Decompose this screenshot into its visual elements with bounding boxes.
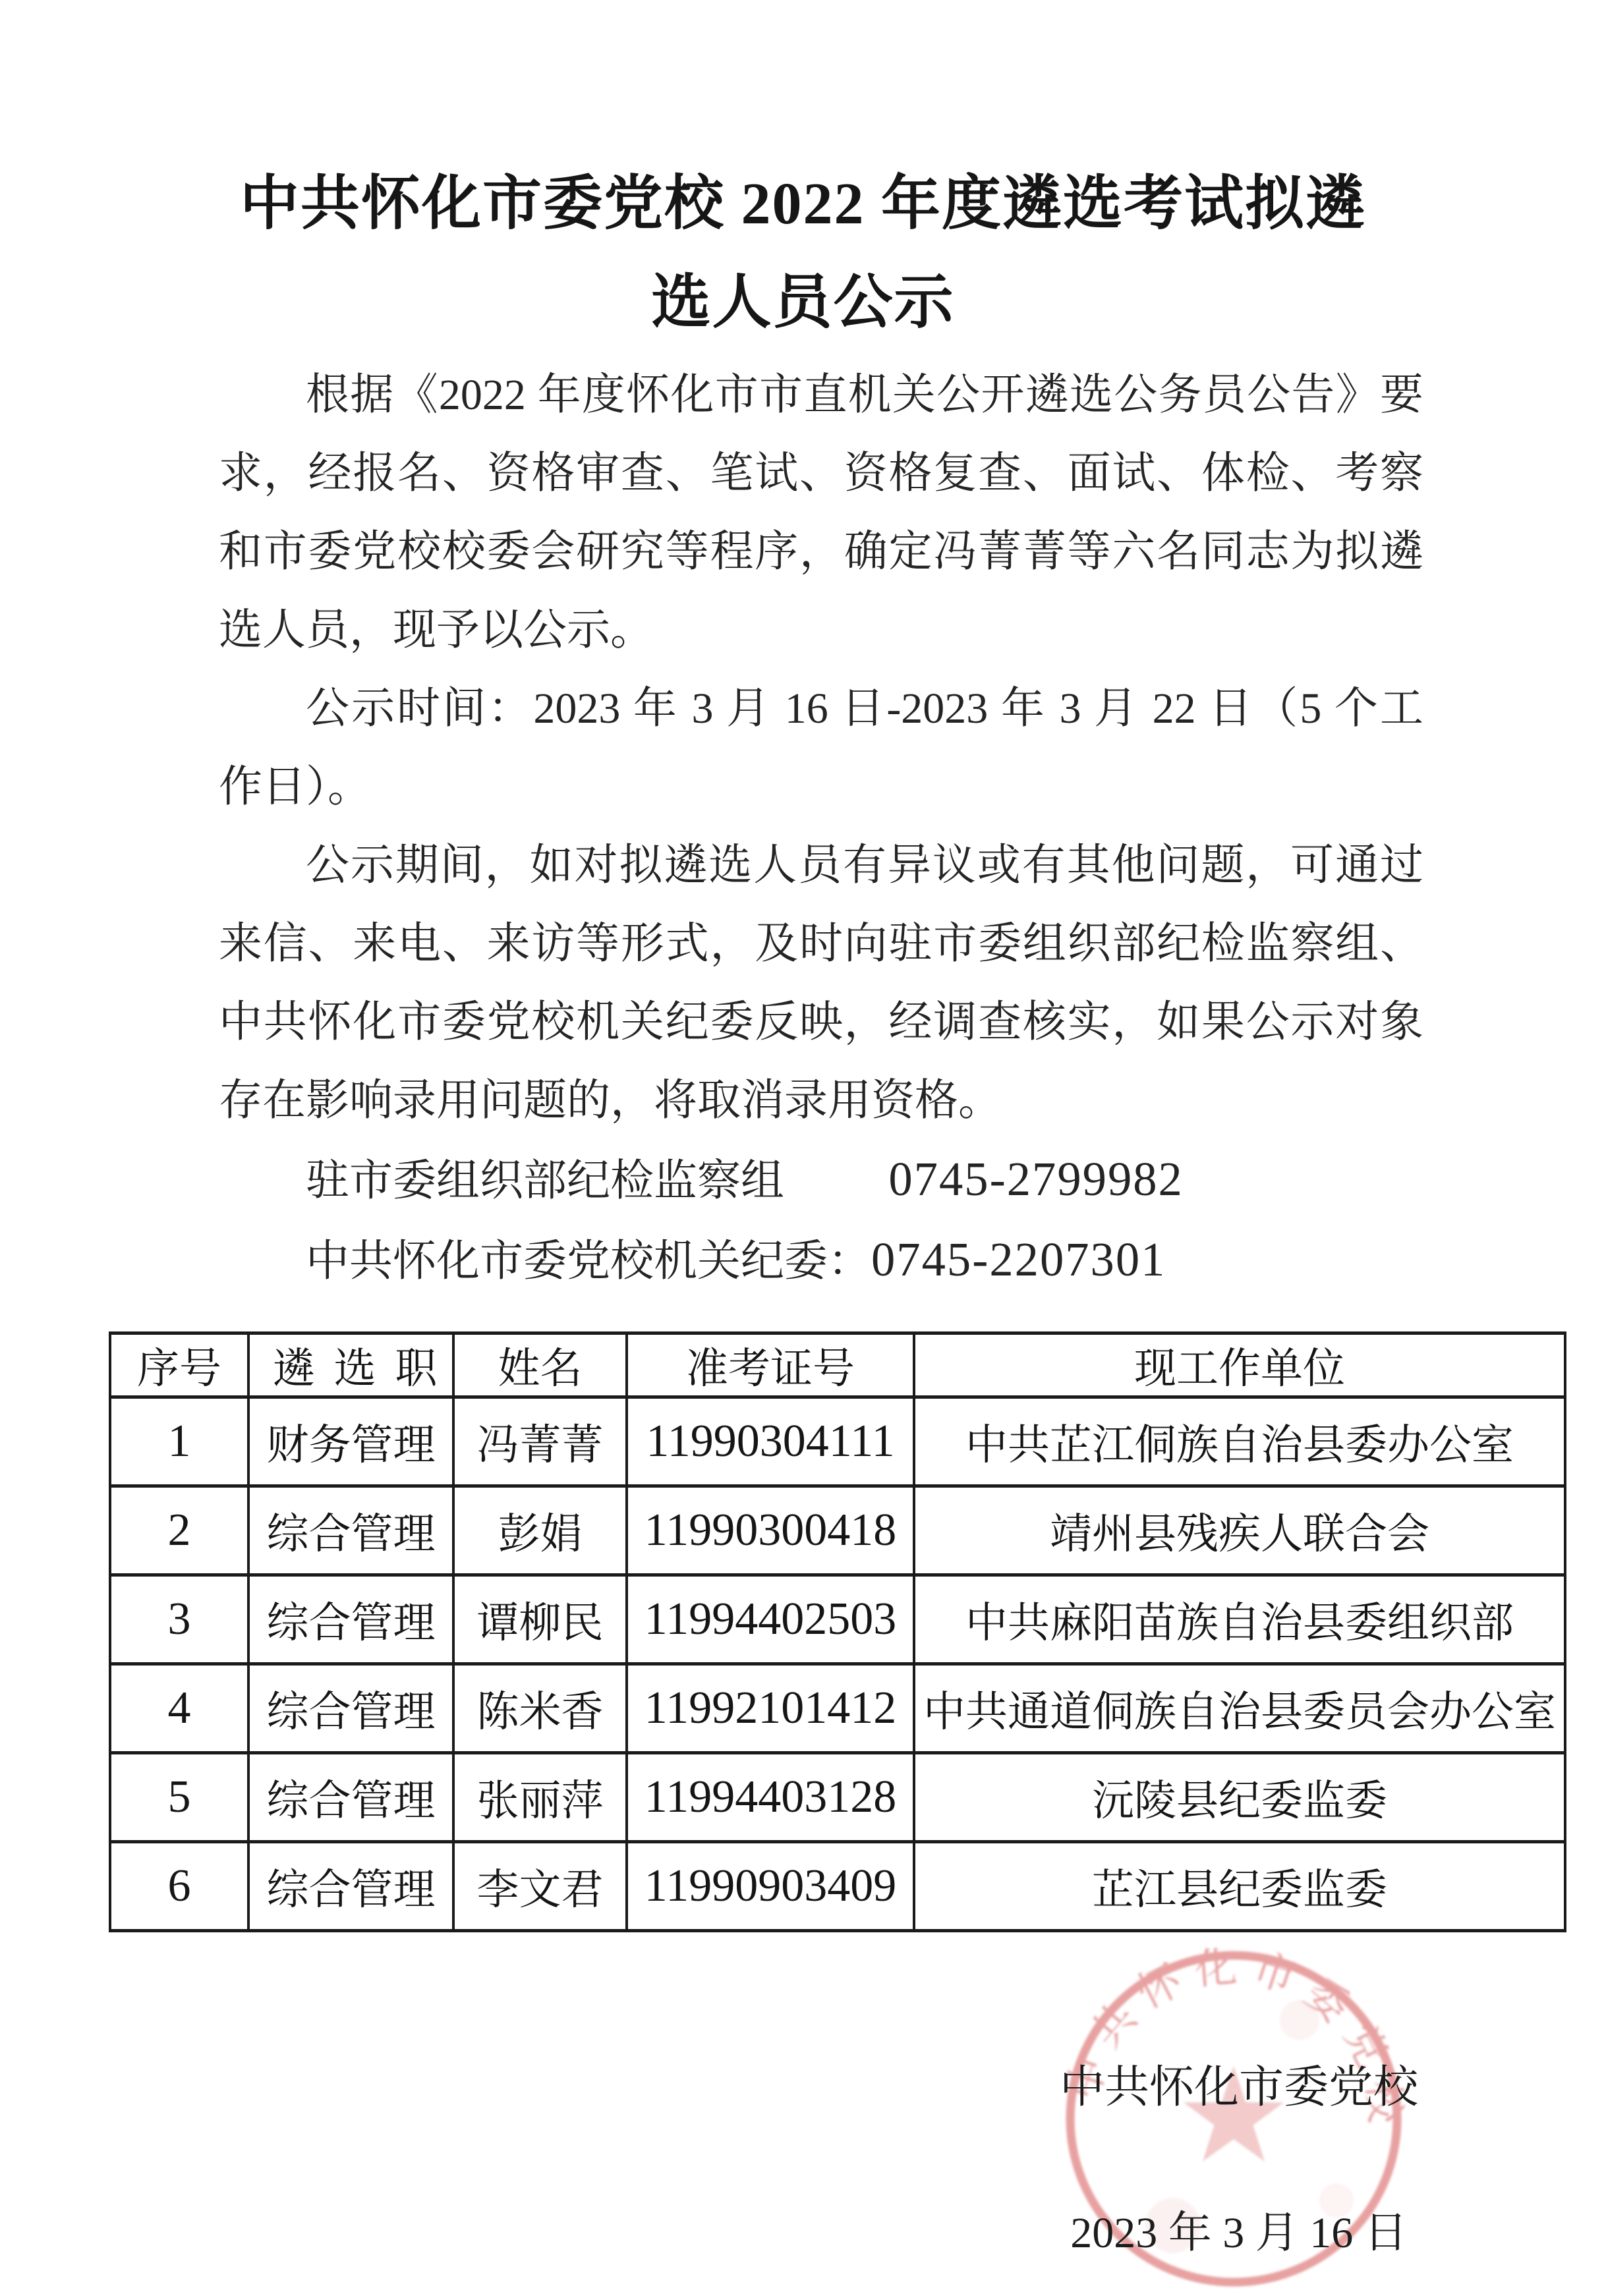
cell-index: 2 bbox=[110, 1486, 248, 1575]
title-line-2: 选人员公示 bbox=[0, 254, 1606, 352]
cell-work-unit: 沅陵县纪委监委 bbox=[914, 1753, 1565, 1842]
contact-label: 中共怀化市委党校机关纪委： bbox=[306, 1237, 871, 1285]
document-page: 中共怀化市委党校 2022 年度遴选考试拟遴 选人员公示 根据《2022 年度怀… bbox=[0, 0, 1606, 2296]
title-line-1: 中共怀化市委党校 2022 年度遴选考试拟遴 bbox=[0, 155, 1606, 254]
body-line: 公示期间，如对拟遴选人员有异议或有其他问题，可通过 bbox=[219, 826, 1423, 905]
body-line: 求，经报名、资格审查、笔试、资格复查、面试、体检、考察 bbox=[219, 434, 1423, 513]
cell-name: 张丽萍 bbox=[453, 1753, 627, 1842]
cell-ticket-number: 11990903409 bbox=[627, 1842, 914, 1931]
table-row: 3 综合管理 谭柳民 11994402503 中共麻阳苗族自治县委组织部 bbox=[110, 1575, 1565, 1664]
document-body: 根据《2022 年度怀化市市直机关公开遴选公务员公告》要 求，经报名、资格审查、… bbox=[219, 356, 1423, 1301]
cell-ticket-number: 11994402503 bbox=[627, 1575, 914, 1664]
body-line: 来信、来电、来访等形式，及时向驻市委组织部纪检监察组、 bbox=[219, 905, 1423, 983]
body-line: 选人员，现予以公示。 bbox=[219, 591, 1423, 669]
contact-phone: 0745-2799982 bbox=[888, 1152, 1183, 1206]
contact-line-discipline-group: 驻市委组织部纪检监察组0745-2799982 bbox=[219, 1140, 1423, 1220]
cell-index: 6 bbox=[110, 1842, 248, 1931]
cell-name: 陈米香 bbox=[453, 1664, 627, 1753]
cell-position: 综合管理 bbox=[248, 1486, 453, 1575]
table-header-cell: 现工作单位 bbox=[914, 1333, 1565, 1397]
body-line: 中共怀化市委党校机关纪委反映，经调查核实，如果公示对象 bbox=[219, 983, 1423, 1061]
body-line: 作日）。 bbox=[219, 748, 1423, 826]
cell-index: 1 bbox=[110, 1397, 248, 1486]
cell-work-unit: 芷江县纪委监委 bbox=[914, 1842, 1565, 1931]
body-line: 公示时间：2023 年 3 月 16 日-2023 年 3 月 22 日（5 个… bbox=[219, 669, 1423, 748]
cell-work-unit: 靖州县残疾人联合会 bbox=[914, 1486, 1565, 1575]
cell-position: 财务管理 bbox=[248, 1397, 453, 1486]
table-row: 6 综合管理 李文君 11990903409 芷江县纪委监委 bbox=[110, 1842, 1565, 1931]
table-body: 1 财务管理 冯菁菁 11990304111 中共芷江侗族自治县委办公室 2 综… bbox=[110, 1397, 1565, 1931]
table-header-cell: 准考证号 bbox=[627, 1333, 914, 1397]
cell-work-unit: 中共通道侗族自治县委员会办公室 bbox=[914, 1664, 1565, 1753]
cell-work-unit: 中共麻阳苗族自治县委组织部 bbox=[914, 1575, 1565, 1664]
footer-signer: 中共怀化市委党校 bbox=[936, 2061, 1542, 2114]
cell-position: 综合管理 bbox=[248, 1753, 453, 1842]
cell-name: 谭柳民 bbox=[453, 1575, 627, 1664]
cell-position: 综合管理 bbox=[248, 1664, 453, 1753]
contact-phone: 0745-2207301 bbox=[871, 1233, 1166, 1286]
table-header-cell: 姓名 bbox=[453, 1333, 627, 1397]
table-row: 1 财务管理 冯菁菁 11990304111 中共芷江侗族自治县委办公室 bbox=[110, 1397, 1565, 1486]
footer-date: 2023 年 3 月 16 日 bbox=[936, 2207, 1542, 2260]
body-line: 存在影响录用问题的，将取消录用资格。 bbox=[219, 1061, 1423, 1140]
cell-position: 综合管理 bbox=[248, 1575, 453, 1664]
cell-ticket-number: 11990300418 bbox=[627, 1486, 914, 1575]
table-row: 2 综合管理 彭娟 11990300418 靖州县残疾人联合会 bbox=[110, 1486, 1565, 1575]
cell-index: 5 bbox=[110, 1753, 248, 1842]
table-row: 4 综合管理 陈米香 11992101412 中共通道侗族自治县委员会办公室 bbox=[110, 1664, 1565, 1753]
cell-position: 综合管理 bbox=[248, 1842, 453, 1931]
body-line: 根据《2022 年度怀化市市直机关公开遴选公务员公告》要 bbox=[219, 356, 1423, 434]
cell-name: 李文君 bbox=[453, 1842, 627, 1931]
contact-line-party-school: 中共怀化市委党校机关纪委：0745-2207301 bbox=[219, 1220, 1423, 1301]
body-line: 和市委党校校委会研究等程序，确定冯菁菁等六名同志为拟遴 bbox=[219, 513, 1423, 591]
cell-index: 4 bbox=[110, 1664, 248, 1753]
document-title: 中共怀化市委党校 2022 年度遴选考试拟遴 选人员公示 bbox=[0, 155, 1606, 352]
table-header-row: 序号 遴选职位 姓名 准考证号 现工作单位 bbox=[110, 1333, 1565, 1397]
document-footer: 中共怀化市委党校 2023 年 3 月 16 日 bbox=[936, 2061, 1542, 2260]
table-row: 5 综合管理 张丽萍 11994403128 沅陵县纪委监委 bbox=[110, 1753, 1565, 1842]
table-header-cell: 遴选职位 bbox=[248, 1333, 453, 1397]
table-header-cell: 序号 bbox=[110, 1333, 248, 1397]
cell-name: 冯菁菁 bbox=[453, 1397, 627, 1486]
candidates-table: 序号 遴选职位 姓名 准考证号 现工作单位 1 财务管理 冯菁菁 1199030… bbox=[109, 1331, 1566, 1932]
cell-index: 3 bbox=[110, 1575, 248, 1664]
cell-ticket-number: 11994403128 bbox=[627, 1753, 914, 1842]
cell-work-unit: 中共芷江侗族自治县委办公室 bbox=[914, 1397, 1565, 1486]
cell-name: 彭娟 bbox=[453, 1486, 627, 1575]
cell-ticket-number: 11990304111 bbox=[627, 1397, 914, 1486]
body-paragraphs: 根据《2022 年度怀化市市直机关公开遴选公务员公告》要 求，经报名、资格审查、… bbox=[219, 356, 1423, 1140]
cell-ticket-number: 11992101412 bbox=[627, 1664, 914, 1753]
contact-label: 驻市委组织部纪检监察组 bbox=[306, 1157, 784, 1205]
